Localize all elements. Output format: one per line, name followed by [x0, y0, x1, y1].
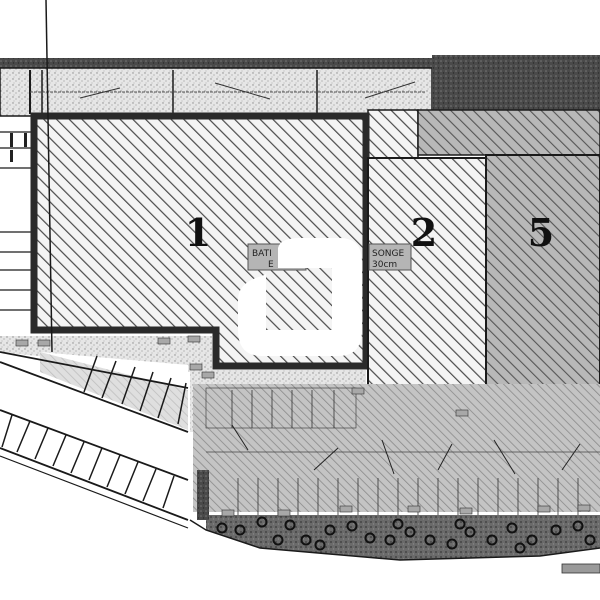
level-tag	[538, 506, 550, 512]
svg-text:30cm: 30cm	[372, 260, 397, 270]
building-2-label: 2	[411, 210, 437, 255]
parking-lot	[193, 384, 600, 515]
level-tag	[340, 506, 352, 512]
level-tag	[190, 364, 202, 370]
level-tag	[158, 338, 170, 344]
site-plan: 1 2 5 BATI E SONGE 30cm	[0, 0, 600, 600]
top-strip	[0, 58, 432, 116]
level-tag	[188, 336, 200, 342]
svg-text:BATI: BATI	[252, 249, 272, 259]
level-tag	[38, 340, 50, 346]
svg-text:SONGE: SONGE	[372, 249, 405, 259]
level-tag	[352, 388, 364, 394]
hedge	[197, 470, 209, 520]
dark-area-top-right	[432, 55, 600, 111]
level-tag	[278, 510, 290, 516]
building-5-label: 5	[528, 210, 554, 255]
hatched-annex	[368, 110, 418, 158]
building-1-label: 1	[185, 210, 211, 255]
svg-text:E: E	[268, 260, 274, 270]
level-tag	[202, 372, 214, 378]
building-2[interactable]: 2	[368, 158, 486, 406]
level-tag	[222, 510, 234, 516]
scale-tag	[562, 564, 600, 573]
level-tag	[456, 410, 468, 416]
level-tag	[408, 506, 420, 512]
level-tag	[16, 340, 28, 346]
level-tag	[578, 505, 590, 511]
hatched-grey-band	[418, 110, 600, 155]
building-5[interactable]: 5	[486, 155, 600, 406]
level-tag	[460, 508, 472, 514]
